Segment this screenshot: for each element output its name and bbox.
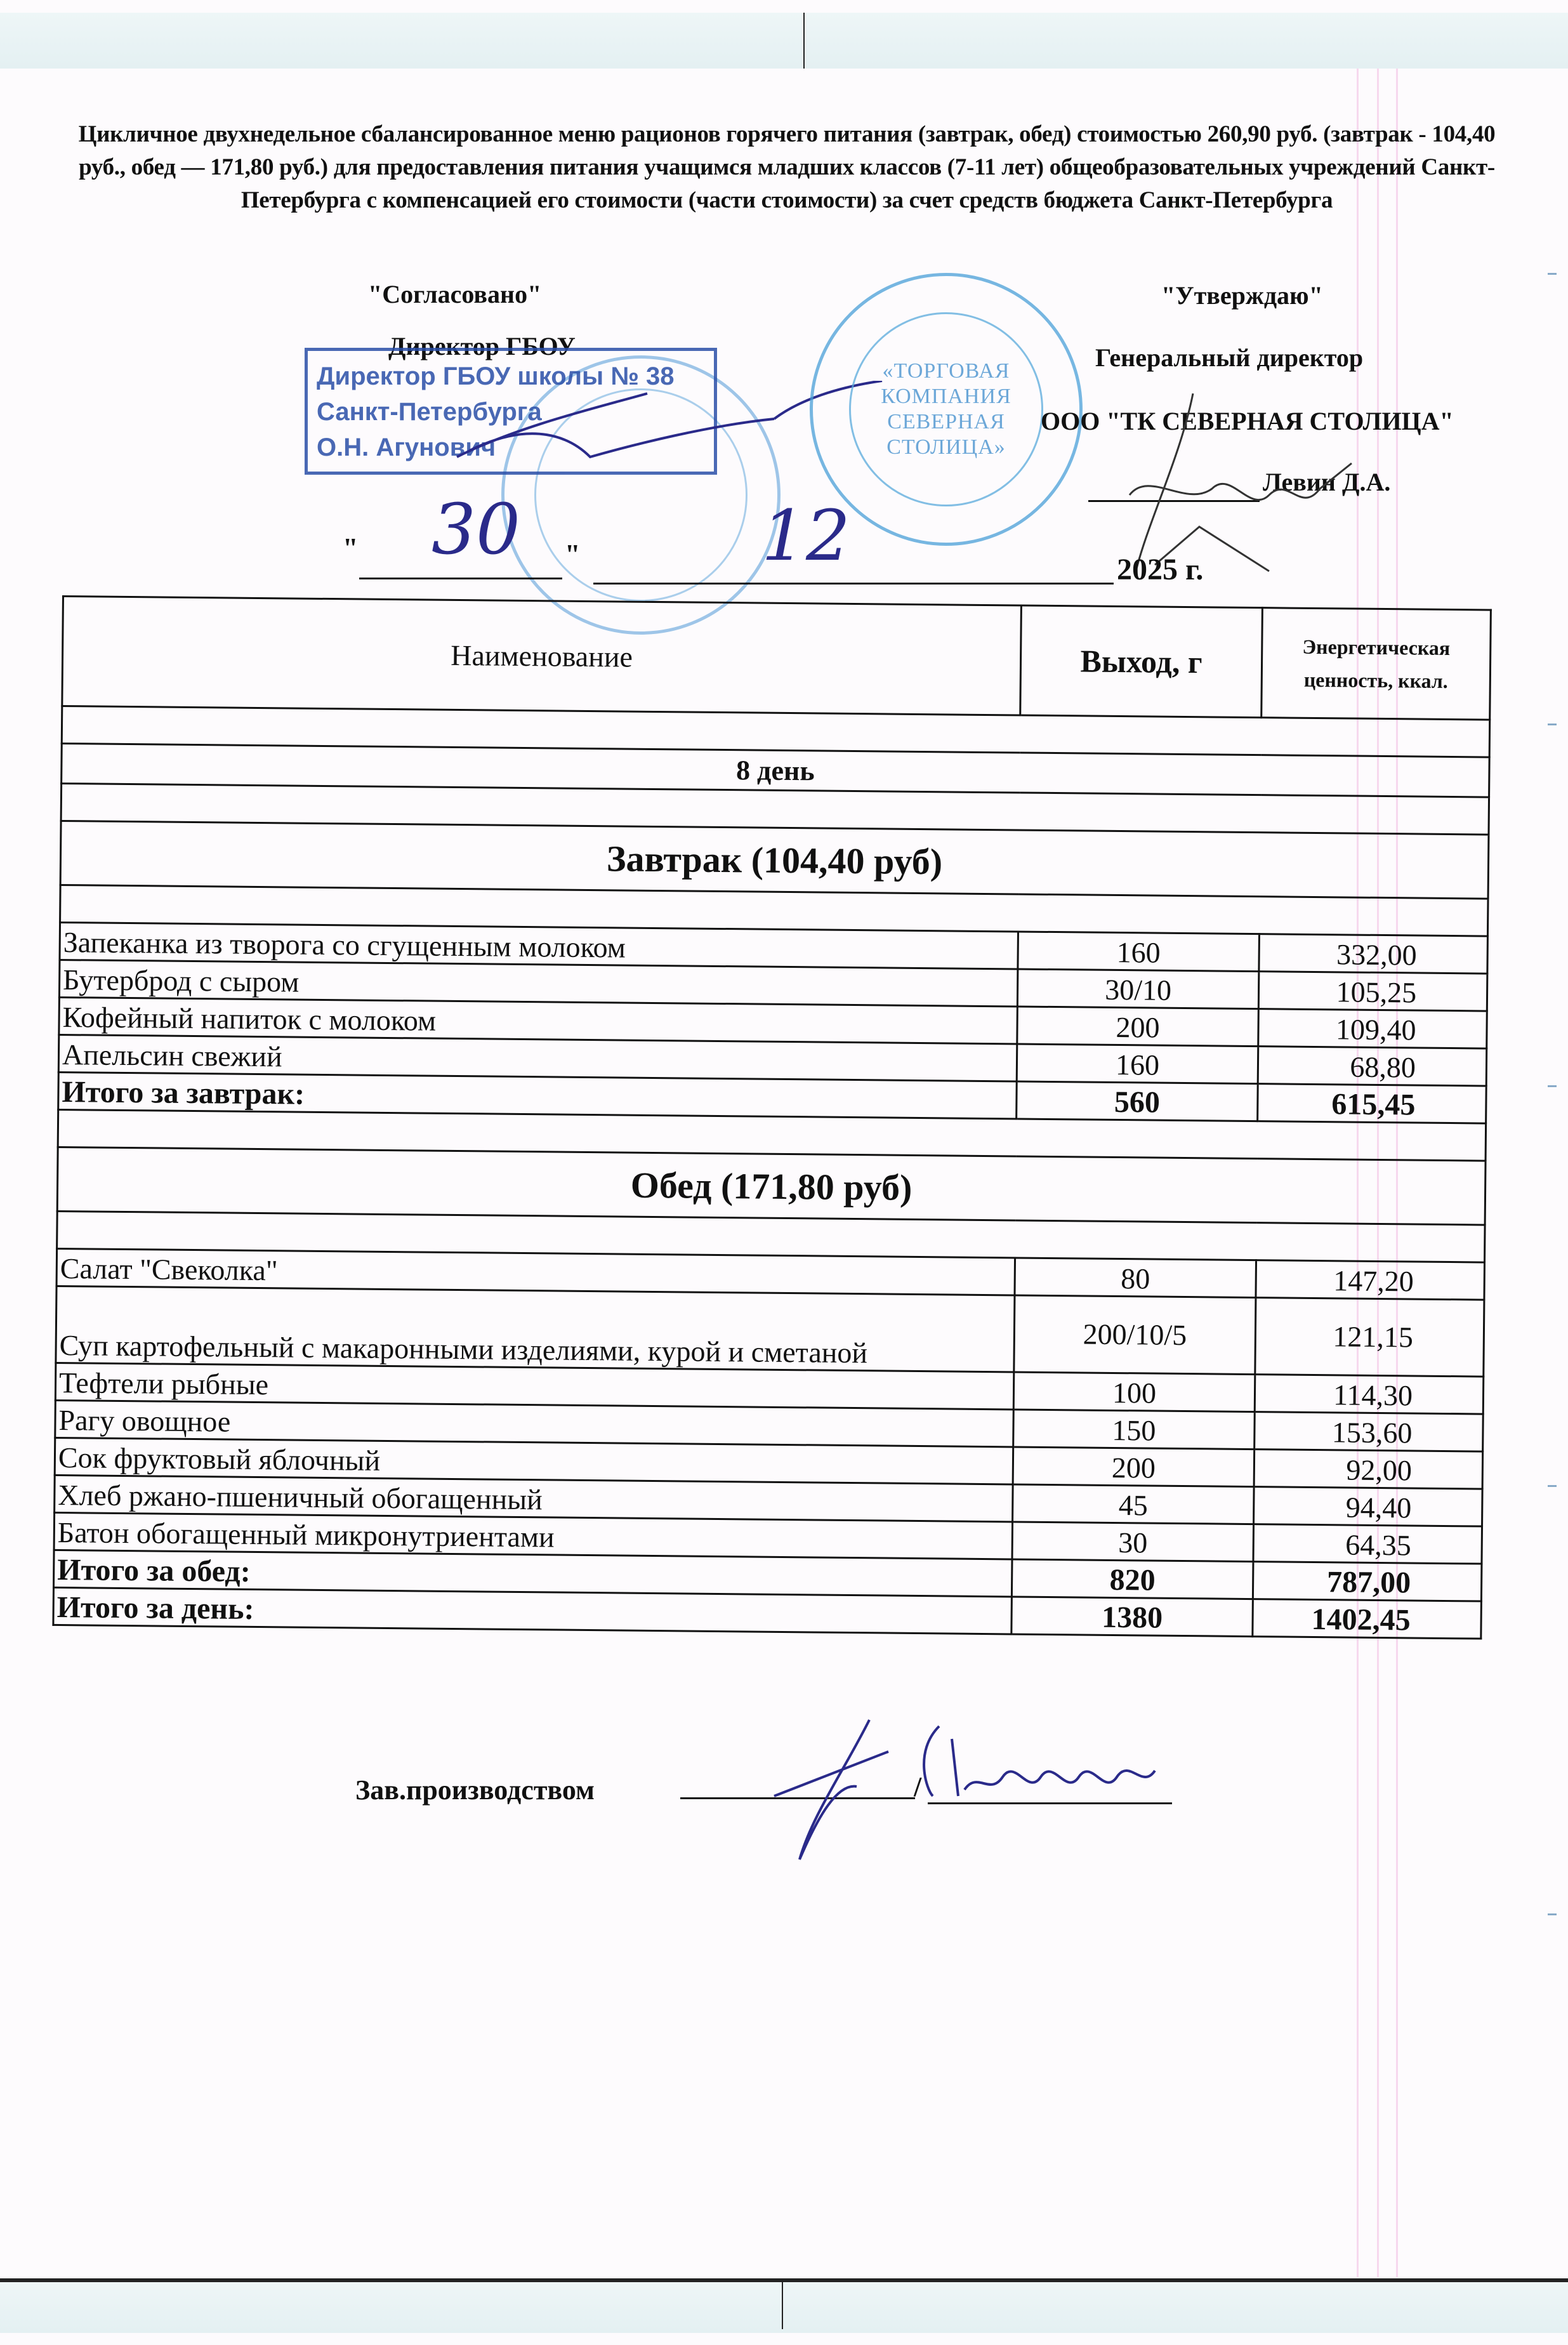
document-page: Цикличное двухнедельное сбалансированное… bbox=[0, 0, 1568, 2345]
date-year: 2025 г. bbox=[1117, 552, 1203, 587]
date-quote-close: " bbox=[565, 538, 580, 571]
dish-kcal: 153,60 bbox=[1255, 1412, 1484, 1451]
seal-line: СЕВЕРНАЯ bbox=[881, 409, 1011, 435]
dish-kcal: 332,00 bbox=[1259, 934, 1488, 974]
dish-yield: 150 bbox=[1013, 1410, 1255, 1450]
dish-name: Суп картофельный с макаронными изделиями… bbox=[56, 1286, 1015, 1371]
date-quote-open: " bbox=[343, 532, 358, 564]
dish-yield: 45 bbox=[1013, 1484, 1255, 1524]
dish-kcal: 68,80 bbox=[1258, 1047, 1487, 1086]
total-yield: 1380 bbox=[1011, 1597, 1253, 1637]
date-month-line bbox=[593, 583, 1114, 585]
total-kcal: 1402,45 bbox=[1253, 1599, 1482, 1639]
approval-date: " bbox=[343, 532, 358, 564]
dish-kcal: 109,40 bbox=[1258, 1009, 1487, 1048]
dish-yield: 200 bbox=[1013, 1447, 1255, 1487]
dish-kcal: 114,30 bbox=[1255, 1375, 1484, 1414]
total-kcal: 787,00 bbox=[1253, 1562, 1482, 1601]
approval-right-position: Генеральный директор bbox=[1095, 343, 1363, 373]
dish-yield: 160 bbox=[1018, 932, 1260, 972]
table-header: Наименование Выход, г Энергетическая цен… bbox=[62, 597, 1491, 720]
total-yield: 560 bbox=[1017, 1081, 1258, 1121]
dish-kcal: 92,00 bbox=[1254, 1450, 1483, 1489]
dish-yield: 200 bbox=[1017, 1007, 1259, 1047]
seal-line: КОМПАНИЯ bbox=[881, 384, 1011, 409]
dish-yield: 160 bbox=[1017, 1044, 1258, 1084]
dish-kcal: 147,20 bbox=[1256, 1260, 1485, 1300]
dish-yield: 30 bbox=[1012, 1522, 1254, 1562]
date-month: 12 bbox=[761, 495, 850, 576]
footer-label: Зав.производством bbox=[355, 1774, 595, 1806]
seal-line: «ТОРГОВАЯ bbox=[881, 359, 1011, 384]
total-yield: 820 bbox=[1011, 1559, 1253, 1599]
dish-yield: 80 bbox=[1015, 1258, 1256, 1298]
menu-table: Наименование Выход, г Энергетическая цен… bbox=[52, 595, 1491, 1640]
date-day: 30 bbox=[432, 489, 520, 570]
dish-yield: 100 bbox=[1013, 1372, 1255, 1412]
header-name: Наименование bbox=[62, 597, 1022, 715]
header-yield: Выход, г bbox=[1020, 605, 1263, 718]
total-kcal: 615,45 bbox=[1258, 1084, 1487, 1123]
table-row: Суп картофельный с макаронными изделиями… bbox=[56, 1286, 1484, 1377]
footer-signature-icon bbox=[749, 1714, 1231, 1866]
header-energy: Энергетическая ценность, ккал. bbox=[1262, 608, 1491, 720]
dish-kcal: 64,35 bbox=[1253, 1524, 1482, 1564]
dish-kcal: 105,25 bbox=[1258, 972, 1487, 1011]
dish-kcal: 94,40 bbox=[1254, 1487, 1483, 1526]
date-day-line bbox=[359, 578, 562, 579]
dish-kcal: 121,15 bbox=[1255, 1298, 1484, 1377]
seal-line: СТОЛИЦА» bbox=[881, 435, 1011, 460]
dish-yield: 30/10 bbox=[1017, 969, 1259, 1009]
approval-right-heading: "Утверждаю" bbox=[1161, 281, 1323, 310]
dish-yield: 200/10/5 bbox=[1014, 1295, 1256, 1375]
approval-left-heading: "Согласовано" bbox=[368, 279, 541, 309]
document-title: Цикличное двухнедельное сбалансированное… bbox=[70, 118, 1504, 217]
